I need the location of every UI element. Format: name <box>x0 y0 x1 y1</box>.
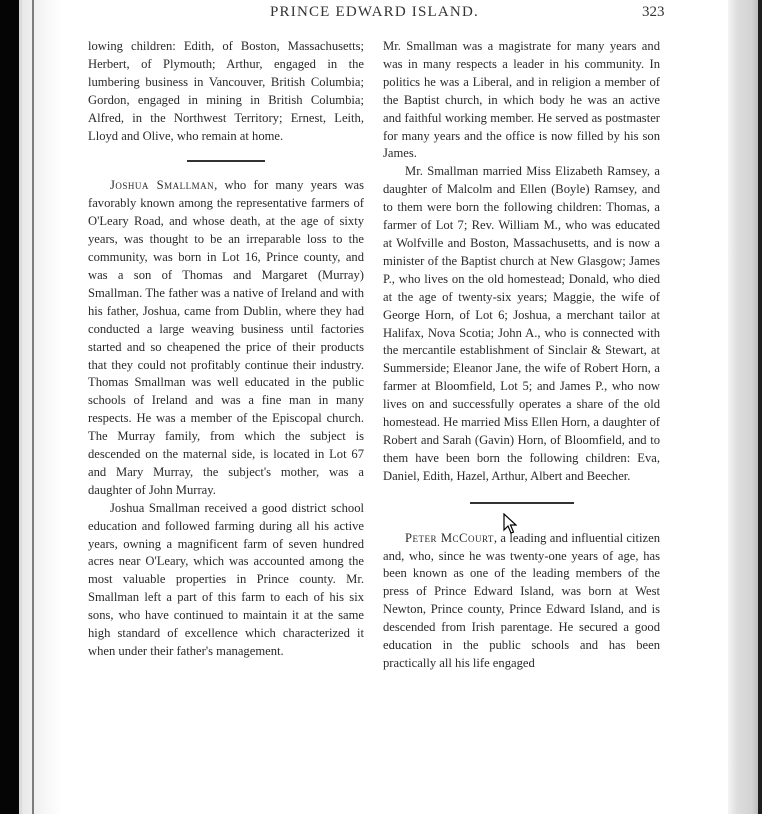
left-column: lowing children: Edith, of Boston, Massa… <box>88 38 364 661</box>
paragraph-farming: Joshua Smallman received a good district… <box>88 500 364 661</box>
binding-shadow <box>22 0 62 814</box>
right-column: Mr. Smallman was a magistrate for many y… <box>383 38 660 673</box>
mouse-pointer-icon <box>503 513 517 535</box>
subject-name: Joshua Smallman <box>110 178 214 192</box>
scan-border-right <box>758 0 762 814</box>
running-head: PRINCE EDWARD ISLAND. 323 <box>0 2 762 22</box>
paragraph-text: , who for many years was favorably known… <box>88 178 364 496</box>
page-shadow-right <box>728 0 758 814</box>
running-title: PRINCE EDWARD ISLAND. <box>270 4 479 21</box>
paragraph-peter-mccourt-bio: Peter McCourt, a leading and influential… <box>383 530 660 673</box>
paragraph-joshua-smallman-bio: Joshua Smallman, who for many years was … <box>88 177 364 499</box>
paragraph-magistrate: Mr. Smallman was a magistrate for many y… <box>383 38 660 163</box>
section-divider <box>470 502 574 504</box>
section-divider <box>187 160 265 162</box>
paragraph-children-list: lowing children: Edith, of Boston, Massa… <box>88 38 364 145</box>
paragraph-text: , a leading and influential citizen and,… <box>383 531 660 670</box>
scan-border-left <box>0 0 19 814</box>
paragraph-marriage: Mr. Smallman married Miss Elizabeth Rams… <box>383 163 660 485</box>
binding-line <box>32 0 34 814</box>
subject-name: Peter McCourt <box>405 531 494 545</box>
page-number: 323 <box>642 4 665 21</box>
